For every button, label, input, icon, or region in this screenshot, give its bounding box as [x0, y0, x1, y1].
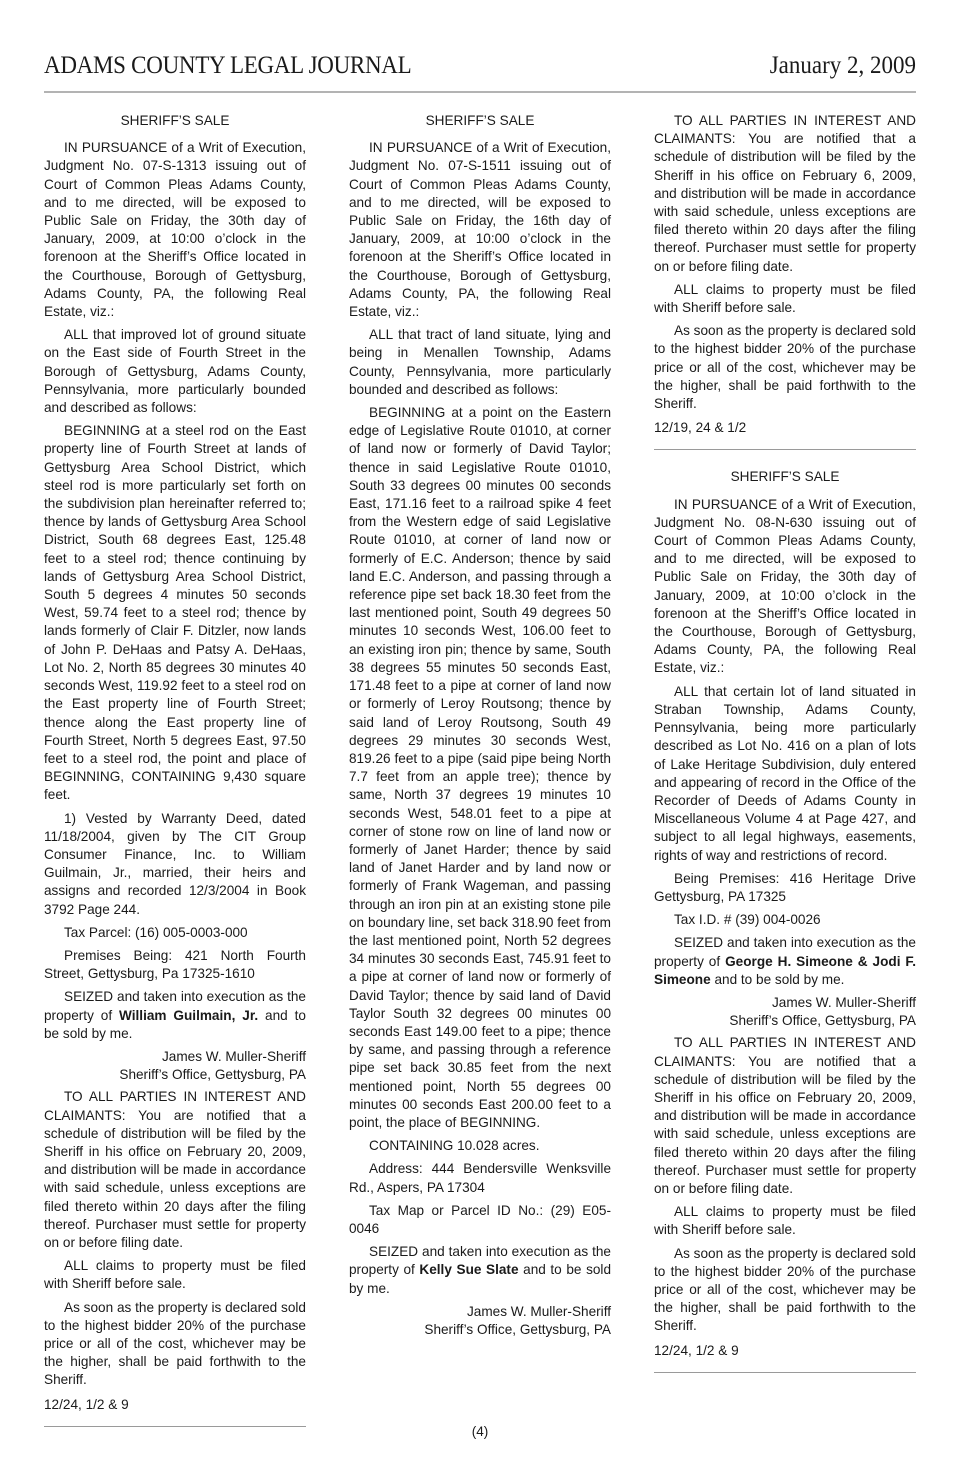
page-number: (4) [0, 1424, 960, 1439]
continued-notice: TO ALL PARTIES IN INTEREST AND CLAIMANTS… [654, 112, 916, 450]
column-1: SHERIFF’S SALE IN PURSUANCE of a Writ of… [44, 112, 306, 1445]
notice-divider [654, 449, 916, 450]
header-rule [44, 91, 916, 93]
run-dates: 12/24, 1/2 & 9 [44, 1396, 306, 1414]
parties-notice: TO ALL PARTIES IN INTEREST AND CLAIMANTS… [654, 1034, 916, 1198]
journal-title: ADAMS COUNTY LEGAL JOURNAL [44, 52, 411, 80]
property-description: ALL that certain lot of land situated in… [654, 683, 916, 865]
tax-parcel: Tax Parcel: (16) 005-0003-000 [44, 924, 306, 942]
tax-parcel: Tax Map or Parcel ID No.: (29) E05-0046 [349, 1202, 611, 1238]
seized-paragraph: SEIZED and taken into execution as the p… [654, 934, 916, 989]
notice-divider [654, 1372, 916, 1373]
notice-title: SHERIFF’S SALE [654, 468, 916, 486]
sheriff-signature: James W. Muller-Sheriff Sheriff’s Office… [654, 994, 916, 1030]
notice-title: SHERIFF’S SALE [44, 112, 306, 130]
column-2: SHERIFF’S SALE IN PURSUANCE of a Writ of… [349, 112, 611, 1343]
property-description: ALL that improved lot of ground situate … [44, 326, 306, 417]
sheriff-sale-notice: SHERIFF’S SALE IN PURSUANCE of a Writ of… [349, 112, 611, 1339]
pursuance-paragraph: IN PURSUANCE of a Writ of Execu­tion, Ju… [44, 139, 306, 321]
defendant-name: William Guilmain, Jr. [119, 1008, 258, 1023]
premises: Being Premises: 416 Heritage Drive Getty… [654, 870, 916, 906]
premises: Premises Being: 421 North Fourth Street,… [44, 947, 306, 983]
signature-name: James W. Muller-Sheriff [349, 1303, 611, 1321]
defendant-name: Kelly Sue Slate [419, 1262, 518, 1277]
metes-and-bounds: BEGINNING at a point on the Eastern edge… [349, 404, 611, 1132]
parties-notice: TO ALL PARTIES IN INTEREST AND CLAIMANTS… [44, 1088, 306, 1252]
parties-notice: TO ALL PARTIES IN INTEREST AND CLAIMANTS… [654, 112, 916, 276]
signature-office: Sheriff’s Office, Gettysburg, PA [654, 1012, 916, 1030]
seized-text-end: and to be sold by me. [711, 972, 845, 987]
payment-paragraph: As soon as the property is declared sold… [654, 322, 916, 413]
sheriff-signature: James W. Muller-Sheriff Sheriff’s Office… [44, 1048, 306, 1084]
pursuance-paragraph: IN PURSUANCE of a Writ of Execu­tion, Ju… [654, 496, 916, 678]
issue-date: January 2, 2009 [770, 52, 916, 80]
journal-header: ADAMS COUNTY LEGAL JOURNAL January 2, 20… [44, 52, 916, 92]
signature-office: Sheriff’s Office, Gettysburg, PA [44, 1066, 306, 1084]
notice-title: SHERIFF’S SALE [349, 112, 611, 130]
claims-paragraph: ALL claims to property must be filed wit… [654, 1203, 916, 1239]
sheriff-signature: James W. Muller-Sheriff Sheriff’s Office… [349, 1303, 611, 1339]
claims-paragraph: ALL claims to property must be filed wit… [44, 1257, 306, 1293]
run-dates: 12/19, 24 & 1/2 [654, 419, 916, 437]
claims-paragraph: ALL claims to property must be filed wit… [654, 281, 916, 317]
metes-and-bounds: BEGINNING at a steel rod on the East pro… [44, 422, 306, 804]
signature-name: James W. Muller-Sheriff [44, 1048, 306, 1066]
payment-paragraph: As soon as the property is declared sold… [44, 1299, 306, 1390]
run-dates: 12/24, 1/2 & 9 [654, 1342, 916, 1360]
tax-parcel: Tax I.D. # (39) 004-0026 [654, 911, 916, 929]
address: Address: 444 Bendersville Wenksville Rd.… [349, 1160, 611, 1196]
sheriff-sale-notice: SHERIFF’S SALE IN PURSUANCE of a Writ of… [654, 468, 916, 1372]
payment-paragraph: As soon as the property is declared sold… [654, 1245, 916, 1336]
column-3: TO ALL PARTIES IN INTEREST AND CLAIMANTS… [654, 112, 916, 1391]
signature-name: James W. Muller-Sheriff [654, 994, 916, 1012]
sheriff-sale-notice: SHERIFF’S SALE IN PURSUANCE of a Writ of… [44, 112, 306, 1427]
pursuance-paragraph: IN PURSUANCE of a Writ of Execu­tion, Ju… [349, 139, 611, 321]
signature-office: Sheriff’s Office, Gettysburg, PA [349, 1321, 611, 1339]
vesting-paragraph: 1) Vested by Warranty Deed, dated 11/18/… [44, 810, 306, 919]
property-description: ALL that tract of land situate, lying an… [349, 326, 611, 399]
acreage: CONTAINING 10.028 acres. [349, 1137, 611, 1155]
seized-paragraph: SEIZED and taken into execution as the p… [44, 988, 306, 1043]
seized-paragraph: SEIZED and taken into execution as the p… [349, 1243, 611, 1298]
